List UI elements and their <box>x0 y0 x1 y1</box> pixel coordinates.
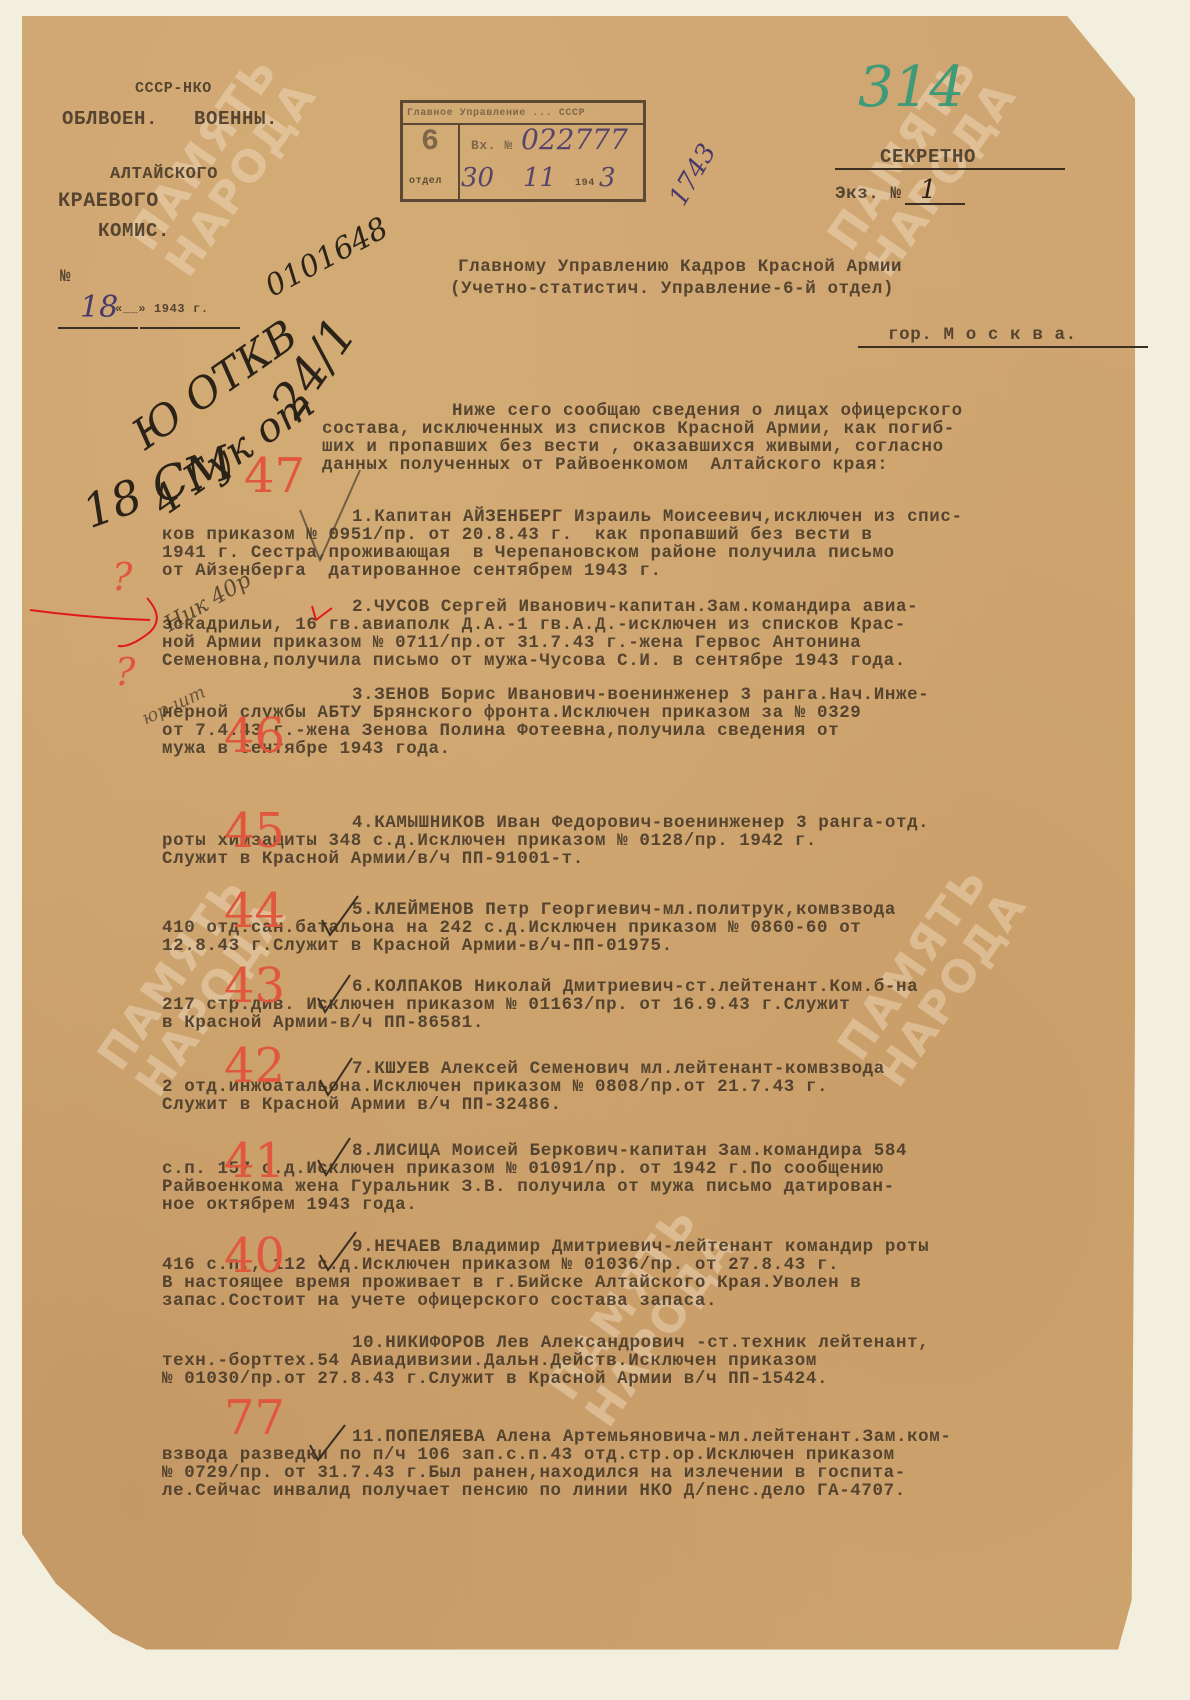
entry-line: Семеновна,получила письмо от мужа-Чусова… <box>162 652 906 670</box>
stamp-incoming-label: Вх. № <box>471 137 513 155</box>
letterhead-date: 18 <box>80 290 118 325</box>
red-pencil-number: 43 <box>224 958 285 1014</box>
entry-line: ное октябрем 1943 года. <box>162 1196 417 1214</box>
letterhead-line: ОБЛВОЕН. ВОЕННЫ. <box>62 110 278 128</box>
entry-line: в Красной Армии-в/ч ПП-86581. <box>162 1014 484 1032</box>
red-pencil-number: 46 <box>224 708 285 764</box>
entry-line: 8.ЛИСИЦА Моисей Беркович-капитан Зам.ком… <box>352 1142 907 1160</box>
letterhead-number-label: № <box>60 268 71 286</box>
intro-line: состава, исключенных из списков Красной … <box>322 420 955 438</box>
copy-underline <box>905 203 965 205</box>
entry-line: ков приказом № 0951/пр. от 20.8.43 г. ка… <box>162 526 873 544</box>
addressee-line: Главному Управлению Кадров Красной Армии <box>458 258 902 276</box>
copy-label: Экз. № <box>835 185 902 203</box>
addressee-city: гор. М о с к в а. <box>888 326 1077 344</box>
red-pencil-number: 42 <box>224 1038 285 1094</box>
intro-line: ших и пропавших без вести , оказавшихся … <box>322 438 944 456</box>
copy-number: 1 <box>920 175 937 205</box>
entry-line: 7.КШУЕВ Алексей Семенович мл.лейтенант-к… <box>352 1060 885 1078</box>
red-pencil-number: 40 <box>224 1228 285 1284</box>
intro-line: данных полученных от Райвоенкомом Алтайс… <box>322 456 888 474</box>
letterhead-line: АЛТАЙСКОГО <box>110 166 218 184</box>
letterhead-line: КРАЕВОГО <box>58 193 159 211</box>
incoming-stamp: Главное Управление ... СССР 6 отдел Вх. … <box>400 100 646 202</box>
intro-line: Ниже сего сообщаю сведения о лицах офице… <box>452 402 963 420</box>
entry-line: 5.КЛЕЙМЕНОВ Петр Георгиевич-мл.политрук,… <box>352 901 896 919</box>
entry-line: 12.8.43 г.Служит в Красной Армии-в/ч-ПП-… <box>162 937 673 955</box>
entry-line: ле.Сейчас инвалид получает пенсию по лин… <box>162 1482 906 1500</box>
letterhead-date-suffix: «__» 1943 г. <box>115 300 209 318</box>
stamp-date-month: 11 <box>523 163 556 193</box>
entry-line: 11.ПОПЕЛЯЕВА Алена Артемьяновича-мл.лейт… <box>352 1428 952 1446</box>
red-pencil-number: 45 <box>224 803 285 859</box>
entry-line: запас.Состоит на учете офицерского соста… <box>162 1292 717 1310</box>
stamp-year-value: 3 <box>599 163 616 193</box>
date-underline <box>58 327 138 329</box>
date-underline <box>140 327 240 329</box>
stamp-date-day: 30 <box>461 163 494 193</box>
entry-line: 6.КОЛПАКОВ Николай Дмитриевич-ст.лейтена… <box>352 978 918 996</box>
classification-label: СЕКРЕТНО <box>880 148 976 166</box>
entry-line: Служит в Красной Армии в/ч ПП-32486. <box>162 1096 562 1114</box>
entry-line: 4.КАМЫШНИКОВ Иван Федорович-военинженер … <box>352 814 929 832</box>
archive-number: 314 <box>858 55 965 120</box>
entry-line: взвода разведки по п/ч 106 зап.с.п.43 от… <box>162 1446 895 1464</box>
letterhead-line: КОМИС. <box>98 222 170 240</box>
stamp-header: Главное Управление ... СССР <box>407 105 585 123</box>
red-pencil-number: 44 <box>224 883 285 939</box>
red-pencil-number: 41 <box>224 1133 285 1189</box>
letterhead-line: СССР-НКО <box>135 80 212 98</box>
entry-line: 10.НИКИФОРОВ Лев Александрович -ст.техни… <box>352 1334 929 1352</box>
stamp-year-label: 194 <box>575 175 595 193</box>
red-pencil-number: 77 <box>224 1390 285 1446</box>
entry-line: ной Армии приказом № 0711/пр.от 31.7.43 … <box>162 634 861 652</box>
entry-line: № 01030/пр.от 27.8.43 г.Служит в Красной… <box>162 1370 828 1388</box>
question-mark: ? <box>112 555 132 599</box>
entry-line: техн.-борттех.54 Авиадивизии.Дальн.Дейст… <box>162 1352 817 1370</box>
entry-line: 1941 г. Сестра,проживающая в Черепановск… <box>162 544 895 562</box>
entry-line: 1.Капитан АЙЗЕНБЕРГ Израиль Моисеевич,ис… <box>352 508 963 526</box>
entry-line: № 0729/пр. от 31.7.43 г.Был ранен,находи… <box>162 1464 906 1482</box>
stamp-department-label: отдел <box>409 173 442 191</box>
entry-line: мужа в сентябре 1943 года. <box>162 740 451 758</box>
classification-underline <box>835 168 1065 170</box>
entry-line: эскадрильи, 16 гв.авиаполк Д.А.-1 гв.А.Д… <box>162 616 906 634</box>
entry-line: 9.НЕЧАЕВ Владимир Дмитриевич-лейтенант к… <box>352 1238 929 1256</box>
addressee-line: (Учетно-статистич. Управление-6-й отдел) <box>450 280 894 298</box>
stamp-department-number: 6 <box>421 133 440 151</box>
stamp-incoming-number: 022777 <box>521 123 628 156</box>
question-mark: ? <box>115 650 135 694</box>
entry-line: 2.ЧУСОВ Сергей Иванович-капитан.Зам.кома… <box>352 598 918 616</box>
city-underline <box>858 346 1148 348</box>
entry-line: 3.ЗЕНОВ Борис Иванович-военинженер 3 ран… <box>352 686 929 704</box>
